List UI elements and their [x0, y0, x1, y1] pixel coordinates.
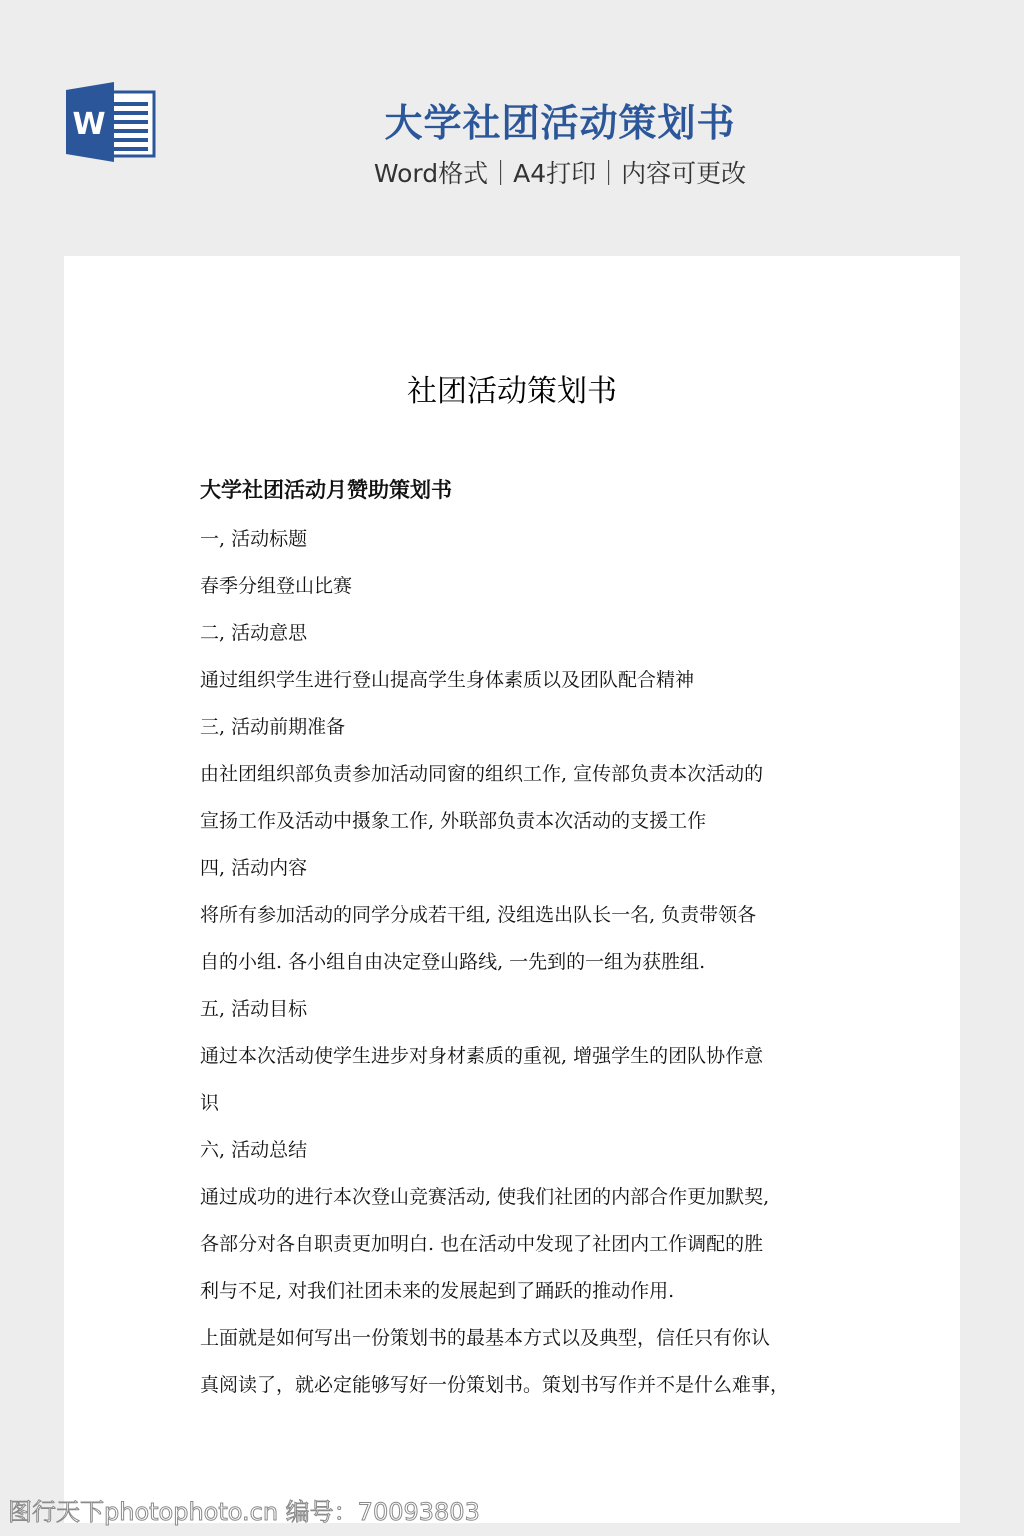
section-heading: 四, 活动内容: [200, 845, 840, 892]
section-heading: 二, 活动意思: [200, 610, 840, 657]
paragraph-line: 上面就是如何写出一份策划书的最基本方式以及典型，信任只有你认: [200, 1315, 840, 1362]
paragraph-line: 真阅读了，就必定能够写好一份策划书。策划书写作并不是什么难事，: [200, 1362, 840, 1409]
header-subtitle: Word格式｜A4打印｜内容可更改: [300, 154, 820, 190]
paragraph-line: 识: [200, 1080, 840, 1127]
paragraph-line: 通过本次活动使学生进步对身材素质的重视, 增强学生的团队协作意: [200, 1033, 840, 1080]
paragraph-line: 由社团组织部负责参加活动同窗的组织工作, 宣传部负责本次活动的: [200, 751, 840, 798]
document-title: 社团活动策划书: [64, 366, 960, 410]
paragraph-line: 自的小组. 各小组自由决定登山路线, 一先到的一组为获胜组.: [200, 939, 840, 986]
document-page: 社团活动策划书 大学社团活动月赞助策划书 一, 活动标题 春季分组登山比赛 二,…: [64, 256, 960, 1523]
section-heading: 一, 活动标题: [200, 516, 840, 563]
paragraph-line: 宣扬工作及活动中摄象工作, 外联部负责本次活动的支援工作: [200, 798, 840, 845]
watermark-text: 图行天下photophoto.cn 编号：70093803: [8, 1492, 480, 1527]
svg-text:W: W: [72, 107, 105, 142]
section-heading: 三, 活动前期准备: [200, 704, 840, 751]
paragraph-line: 各部分对各自职责更加明白. 也在活动中发现了社团内工作调配的胜: [200, 1221, 840, 1268]
section-heading: 六, 活动总结: [200, 1127, 840, 1174]
paragraph-line: 将所有参加活动的同学分成若干组, 没组选出队长一名, 负责带领各: [200, 892, 840, 939]
paragraph-line: 通过组织学生进行登山提高学生身体素质以及团队配合精神: [200, 657, 840, 704]
section-heading: 五, 活动目标: [200, 986, 840, 1033]
paragraph-line: 通过成功的进行本次登山竞赛活动, 使我们社团的内部合作更加默契,: [200, 1174, 840, 1221]
header-title: 大学社团活动策划书: [300, 92, 820, 147]
document-subtitle: 大学社团活动月赞助策划书: [200, 466, 840, 516]
document-body: 大学社团活动月赞助策划书 一, 活动标题 春季分组登山比赛 二, 活动意思 通过…: [200, 466, 840, 1409]
paragraph-line: 利与不足, 对我们社团未来的发展起到了踊跃的推动作用.: [200, 1268, 840, 1315]
paragraph-line: 春季分组登山比赛: [200, 563, 840, 610]
word-document-icon: W: [64, 82, 156, 162]
